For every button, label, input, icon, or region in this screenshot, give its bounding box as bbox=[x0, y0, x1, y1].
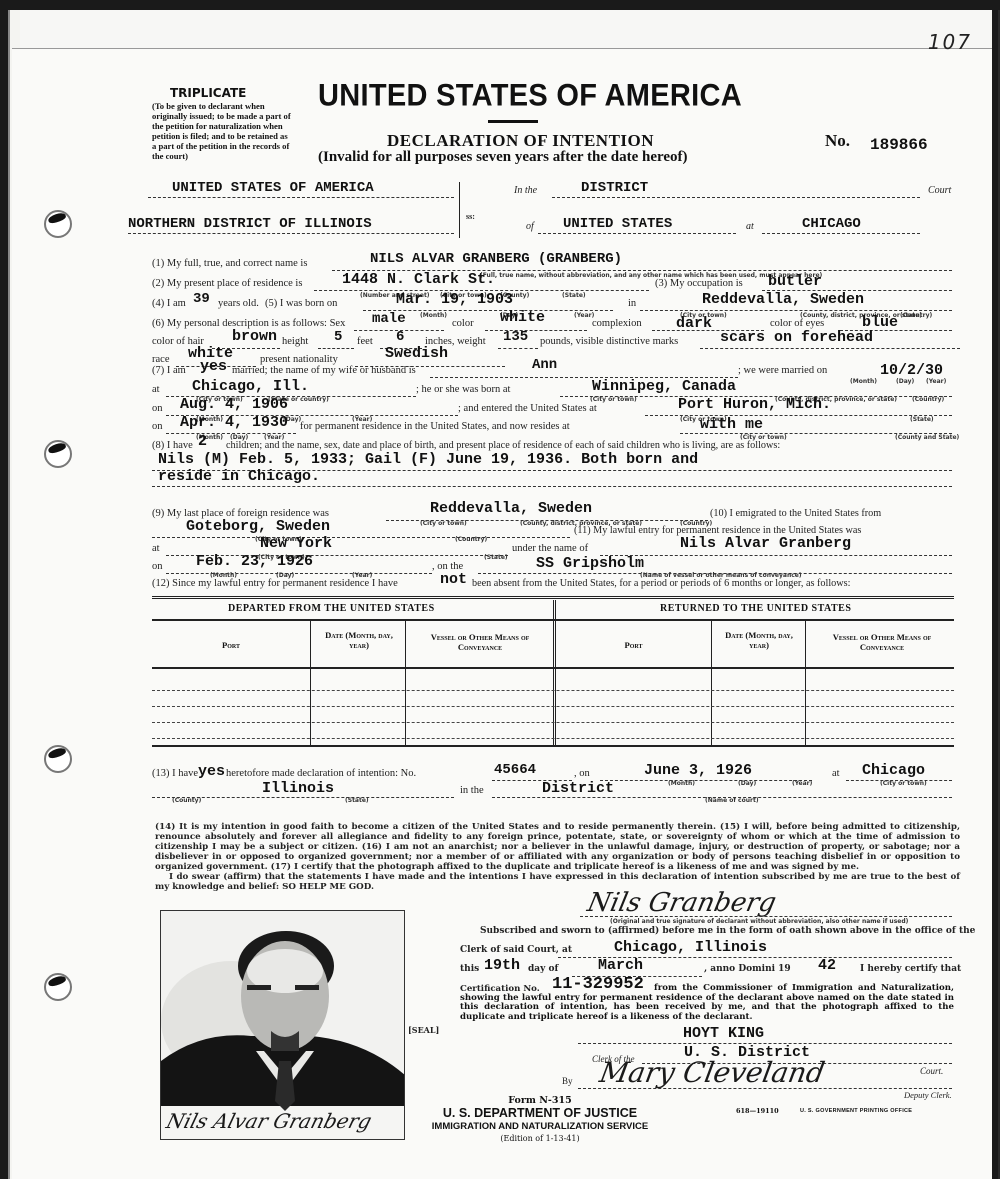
spouse-resides-hint-county: (County and State) bbox=[895, 434, 959, 441]
spouse-birth-date: Aug. 4, 1906 bbox=[180, 396, 288, 413]
sex: male bbox=[372, 311, 406, 327]
prior-date-line bbox=[600, 780, 812, 781]
sworn-year: 42 bbox=[818, 957, 836, 974]
spouse-born-hint-country: (Country) bbox=[912, 396, 944, 403]
punch-hole-icon bbox=[44, 745, 72, 773]
declarant-photo: Nils Alvar Granberg bbox=[160, 910, 405, 1140]
entry-name: Nils Alvar Granberg bbox=[680, 535, 851, 552]
emigrated-from: Goteborg, Sweden bbox=[186, 518, 330, 535]
prior-city-hint: (City or town) bbox=[880, 780, 927, 787]
court-of-line bbox=[538, 233, 736, 234]
court-type-line bbox=[552, 197, 920, 198]
printer-name: U. S. GOVERNMENT PRINTING OFFICE bbox=[800, 1108, 912, 1114]
birth-place: Reddevalla, Sweden bbox=[702, 291, 864, 308]
distinctive-marks: scars on forehead bbox=[720, 329, 873, 346]
complexion-label: complexion bbox=[592, 318, 642, 329]
occupation: butler bbox=[768, 273, 822, 290]
spouse-birthplace: Winnipeg, Canada bbox=[592, 378, 736, 395]
venue-district-line bbox=[128, 233, 454, 234]
height-ft-line bbox=[318, 348, 354, 349]
entry-on-label: on bbox=[152, 561, 163, 572]
court-suffix-label: Court. bbox=[920, 1066, 943, 1076]
q10-label: (10) I emigrated to the United States fr… bbox=[710, 508, 881, 519]
corner-handwritten-number: 107 bbox=[928, 30, 972, 54]
in-the-label: In the bbox=[514, 185, 537, 196]
absence-table-bottom-rule bbox=[152, 745, 954, 747]
children-details-2: reside in Chicago. bbox=[158, 468, 320, 485]
marks-line bbox=[700, 348, 960, 349]
prior-at-label: at bbox=[832, 768, 840, 779]
by-label: By bbox=[562, 1076, 573, 1086]
spouse-entered-label: ; and entered the United States at bbox=[458, 403, 597, 414]
q8-label: (8) I have bbox=[152, 440, 193, 451]
age: 39 bbox=[193, 291, 210, 307]
photo-signature: Nils Alvar Granberg bbox=[164, 1109, 375, 1133]
race-label: race bbox=[152, 354, 169, 365]
clerk-at-label: Clerk of said Court, at bbox=[460, 945, 572, 955]
prior-date-hint-year: (Year) bbox=[792, 780, 812, 787]
spouse-entry-on-label: on bbox=[152, 421, 163, 432]
married-at-label: at bbox=[152, 384, 160, 395]
q7-label: (7) I am bbox=[152, 365, 186, 376]
nationality-label: present nationality bbox=[260, 354, 338, 365]
age-suffix: years old. bbox=[218, 298, 259, 309]
birth-place-line bbox=[640, 310, 952, 311]
at-label: at bbox=[746, 221, 754, 232]
prior-state: Illinois bbox=[262, 780, 334, 797]
col-header-returned-date: Date (Month, day, year) bbox=[718, 630, 800, 650]
spouse-name: Ann bbox=[532, 357, 557, 373]
clerk-name: HOYT KING bbox=[683, 1025, 764, 1042]
copy-type-label: TRIPLICATE bbox=[170, 86, 246, 100]
residence: 1448 N. Clark St. bbox=[342, 271, 495, 288]
day-of-label: day of bbox=[528, 964, 558, 974]
edition-note: (Edition of 1-13-41) bbox=[480, 1134, 600, 1143]
married: yes bbox=[200, 358, 227, 375]
col-header-departed-port: Port bbox=[152, 640, 310, 650]
service-name: IMMIGRATION AND NATURALIZATION SERVICE bbox=[420, 1121, 660, 1132]
q13-text: heretofore made declaration of intention… bbox=[226, 768, 416, 779]
top-strip bbox=[20, 10, 990, 48]
vessel: SS Gripsholm bbox=[536, 555, 644, 572]
punch-hole-icon bbox=[44, 210, 72, 238]
marks-label: pounds, visible distinctive marks bbox=[540, 336, 678, 347]
prior-state-hint: (State) bbox=[345, 797, 369, 804]
entry-date-line bbox=[166, 573, 432, 574]
children-line-2 bbox=[152, 486, 952, 487]
court-of: UNITED STATES bbox=[563, 216, 672, 232]
absence-col-divider bbox=[805, 619, 806, 745]
spouse-port-of-entry: Port Huron, Mich. bbox=[678, 396, 831, 413]
spouse-birth-on-label: on bbox=[152, 403, 163, 414]
prior-date-hint-day: (Day) bbox=[738, 780, 756, 787]
number-label: No. bbox=[825, 131, 850, 151]
venue-district: NORTHERN DISTRICT OF ILLINOIS bbox=[128, 216, 372, 232]
absent: not bbox=[440, 571, 467, 588]
spouse-residence-label: for permanent residence in the United St… bbox=[300, 421, 570, 432]
weight-line bbox=[498, 348, 538, 349]
absence-col-divider bbox=[310, 619, 311, 745]
court-label: Court bbox=[928, 185, 951, 196]
q3-label: (3) My occupation is bbox=[655, 278, 743, 289]
seal-label: [SEAL] bbox=[408, 1025, 439, 1035]
birth-date: Mar. 19, 1903 bbox=[396, 291, 513, 308]
table-row[interactable] bbox=[152, 690, 954, 691]
deputy-signature: Mary Cleveland bbox=[597, 1056, 827, 1089]
married-on-hint-day: (Day) bbox=[896, 378, 914, 385]
birth-hint-month: (Month) bbox=[420, 312, 447, 319]
birth-in-label: in bbox=[628, 298, 636, 309]
absence-col-divider bbox=[711, 619, 712, 745]
venue-country: UNITED STATES OF AMERICA bbox=[172, 180, 374, 196]
entry-name-line bbox=[600, 555, 952, 556]
entry-at-label: at bbox=[152, 543, 160, 554]
table-row[interactable] bbox=[152, 722, 954, 723]
absence-col-divider bbox=[405, 619, 406, 745]
punch-hole-icon bbox=[44, 440, 72, 468]
q4-label: (4) I am bbox=[152, 298, 186, 309]
spouse-label: married; the name of my wife or husband … bbox=[232, 365, 416, 376]
full-name: NILS ALVAR GRANBERG (GRANBERG) bbox=[370, 251, 622, 267]
declaration-number: 189866 bbox=[870, 136, 928, 154]
court-city: CHICAGO bbox=[802, 216, 861, 232]
oath-statements: (14) It is my intention in good faith to… bbox=[155, 822, 960, 872]
form-title: DECLARATION OF INTENTION bbox=[387, 131, 654, 151]
title-divider bbox=[488, 120, 538, 123]
court-type: DISTRICT bbox=[581, 180, 648, 196]
children-details-1: Nils (M) Feb. 5, 1933; Gail (F) June 19,… bbox=[158, 451, 698, 468]
under-name-label: under the name of bbox=[512, 543, 588, 554]
signature-hint: (Original and true signature of declaran… bbox=[610, 918, 908, 925]
prior-court-hint: (Name of court) bbox=[705, 797, 759, 804]
q5-label: (5) I was born on bbox=[265, 298, 337, 309]
weight: 135 bbox=[503, 329, 528, 345]
cert-text: from the Commissioner of Immigration and… bbox=[460, 984, 954, 1022]
oath-text: (14) It is my intention in good faith to… bbox=[155, 822, 960, 892]
prior-in-the-label: in the bbox=[460, 785, 484, 796]
entry-port-hint-state: (State) bbox=[484, 554, 508, 561]
height-inches: 6 bbox=[396, 329, 404, 345]
prior-date-hint-month: (Month) bbox=[668, 780, 695, 787]
entry-date: Feb. 23, 1926 bbox=[196, 553, 313, 570]
spouse-born-label: ; he or she was born at bbox=[416, 384, 510, 395]
oath-swear: I do swear (affirm) that the statements … bbox=[155, 872, 960, 892]
prior-court: District bbox=[542, 780, 614, 797]
prior-number: 45664 bbox=[494, 762, 536, 778]
col-header-returned-port: Port bbox=[556, 640, 711, 650]
court-city-line bbox=[762, 233, 920, 234]
q12-label: (12) Since my lawful entry for permanent… bbox=[152, 578, 398, 589]
table-row[interactable] bbox=[152, 706, 954, 707]
q12-text: been absent from the United States, for … bbox=[472, 578, 850, 589]
subscribed-text: Subscribed and sworn to (affirmed) befor… bbox=[480, 926, 975, 936]
color-line bbox=[485, 330, 587, 331]
prior-county-hint: (County) bbox=[172, 797, 201, 804]
spouse-born-hint-city: (City or town) bbox=[590, 396, 637, 403]
validity-note: (Invalid for all purposes seven years af… bbox=[318, 149, 688, 166]
departed-header: DEPARTED FROM THE UNITED STATES bbox=[228, 603, 435, 614]
venue-country-line bbox=[148, 197, 454, 198]
absence-header-rule bbox=[152, 667, 954, 669]
married-on: 10/2/30 bbox=[880, 362, 943, 379]
eyes-label: color of eyes bbox=[770, 318, 824, 329]
prior-city: Chicago bbox=[862, 762, 925, 779]
hair: brown bbox=[232, 328, 277, 345]
col-header-departed-date: Date (Month, day, year) bbox=[318, 630, 400, 650]
married-on-hint-year: (Year) bbox=[926, 378, 946, 385]
prior-on-label: , on bbox=[574, 768, 590, 779]
q8-text: children; and the name, sex, date and pl… bbox=[226, 440, 780, 451]
copy-note: (To be given to declarant when originall… bbox=[152, 101, 292, 161]
color: white bbox=[500, 309, 545, 326]
birth-hint-country: (Country) bbox=[900, 312, 932, 319]
table-row[interactable] bbox=[152, 738, 954, 739]
married-at: Chicago, Ill. bbox=[192, 378, 309, 395]
complexion: dark bbox=[676, 315, 712, 332]
q13-label: (13) I have bbox=[152, 768, 198, 779]
height-label: height bbox=[282, 336, 308, 347]
department-name: U. S. DEPARTMENT OF JUSTICE bbox=[420, 1106, 660, 1120]
q2-label: (2) My present place of residence is bbox=[152, 278, 302, 289]
returned-header: RETURNED TO THE UNITED STATES bbox=[660, 603, 851, 614]
q1-label: (1) My full, true, and correct name is bbox=[152, 258, 307, 269]
spouse-entry-date: Apr. 4, 1930 bbox=[180, 414, 288, 431]
last-residence-hint-city: (City or town) bbox=[420, 520, 467, 527]
sworn-day: 19th bbox=[484, 957, 520, 974]
spouse-resides: with me bbox=[700, 416, 763, 433]
height-feet: 5 bbox=[334, 329, 342, 345]
col-header-departed-vessel: Vessel or Other Means of Conveyance bbox=[410, 632, 550, 652]
sworn-location: Chicago, Illinois bbox=[614, 939, 767, 956]
print-code: 618—19110 bbox=[736, 1107, 779, 1115]
page-title: UNITED STATES OF AMERICA bbox=[318, 79, 742, 115]
ss-label: ss: bbox=[466, 212, 475, 221]
signature-line bbox=[580, 916, 952, 917]
residence-hint-state: (State) bbox=[562, 292, 586, 299]
married-on-label: ; we were married on bbox=[738, 365, 827, 376]
absence-table-top-rule bbox=[152, 596, 954, 599]
punch-hole-icon bbox=[44, 973, 72, 1001]
prior-date: June 3, 1926 bbox=[644, 762, 752, 779]
certify-label: I hereby certify that bbox=[860, 964, 961, 974]
col-header-returned-vessel: Vessel or Other Means of Conveyance bbox=[810, 632, 954, 652]
anno-label: , anno Domini 19 bbox=[704, 964, 791, 974]
entry-port: New York bbox=[260, 535, 332, 552]
absence-center-divider bbox=[553, 600, 556, 745]
sworn-month: March bbox=[598, 957, 643, 974]
color-label: color bbox=[452, 318, 474, 329]
married-on-hint-month: (Month) bbox=[850, 378, 877, 385]
feet-label: feet bbox=[357, 336, 373, 347]
deputy-label: Deputy Clerk. bbox=[904, 1090, 952, 1100]
last-foreign-residence: Reddevalla, Sweden bbox=[430, 500, 592, 517]
nationality: Swedish bbox=[385, 345, 448, 362]
declarant-signature: Nils Granberg bbox=[585, 888, 779, 918]
this-label: this bbox=[460, 964, 479, 974]
emigrated-hint-country: (Country) bbox=[455, 536, 487, 543]
portrait-image bbox=[161, 911, 405, 1140]
emigrated-from-line bbox=[152, 537, 570, 538]
prior-made: yes bbox=[198, 763, 225, 780]
form-number: Form N-315 bbox=[480, 1095, 600, 1106]
children-count: 2 bbox=[198, 433, 207, 450]
spouse-entry-hint-state: (State) bbox=[910, 416, 934, 423]
venue-bracket bbox=[456, 182, 460, 238]
of-label: of bbox=[526, 221, 534, 232]
